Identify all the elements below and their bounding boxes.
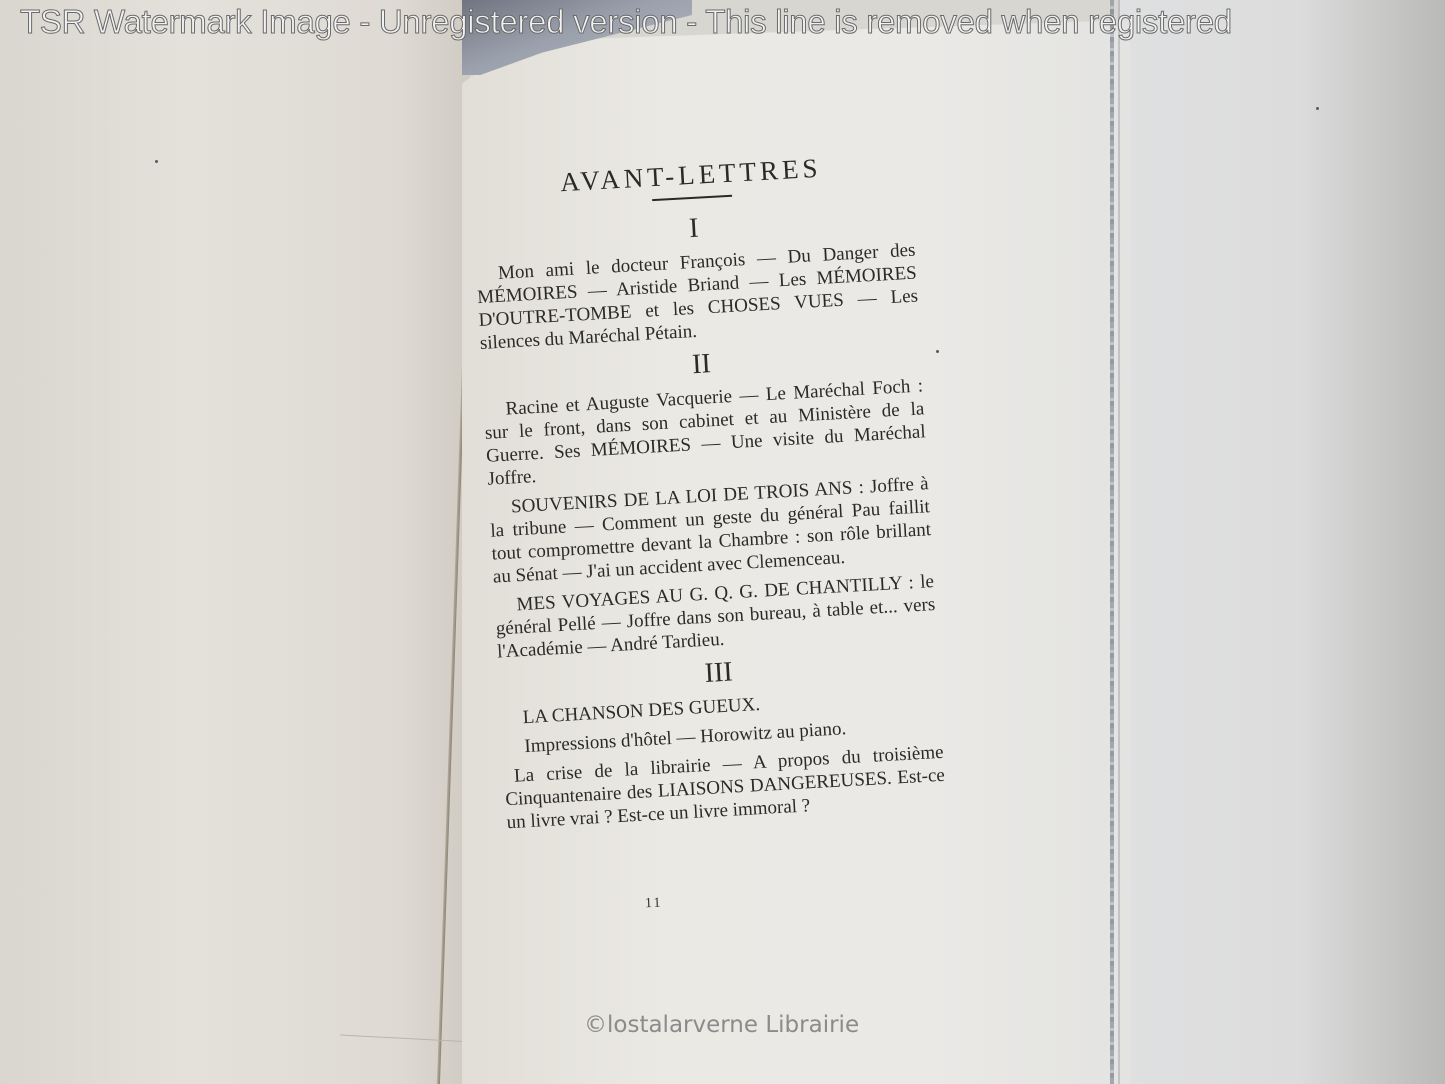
paper-fleck xyxy=(1316,107,1319,110)
title-rule xyxy=(652,195,732,201)
watermark-banner: TSR Watermark Image - Unregistered versi… xyxy=(20,3,1232,41)
copyright-watermark: ©lostalarverne Librairie xyxy=(584,1012,859,1038)
section-paragraph: SOUVENIRS DE LA LOI DE TROIS ANS : Joffr… xyxy=(488,472,932,588)
background-pages xyxy=(1120,0,1445,1084)
section-paragraph: Mon ami le docteur François — Du Danger … xyxy=(475,239,919,355)
page-number: 11 xyxy=(645,896,663,913)
paper-fleck xyxy=(155,160,158,163)
section-1: I Mon ami le docteur François — Du Dange… xyxy=(473,201,920,355)
photo-scene: AVANT-LETTRES I Mon ami le docteur Franç… xyxy=(0,0,1445,1084)
section-3: III LA CHANSON DES GUEUX. Impressions d'… xyxy=(498,645,947,834)
deckled-page-edge xyxy=(1110,0,1114,1084)
left-page xyxy=(0,0,470,1084)
page-text: AVANT-LETTRES I Mon ami le docteur Franç… xyxy=(470,148,947,841)
section-paragraph: Racine et Auguste Vacquerie — Le Marécha… xyxy=(483,374,927,490)
deckled-page-edge-secondary xyxy=(1118,0,1120,1084)
paper-fleck xyxy=(936,350,939,353)
section-2: II Racine et Auguste Vacquerie — Le Maré… xyxy=(481,336,937,663)
